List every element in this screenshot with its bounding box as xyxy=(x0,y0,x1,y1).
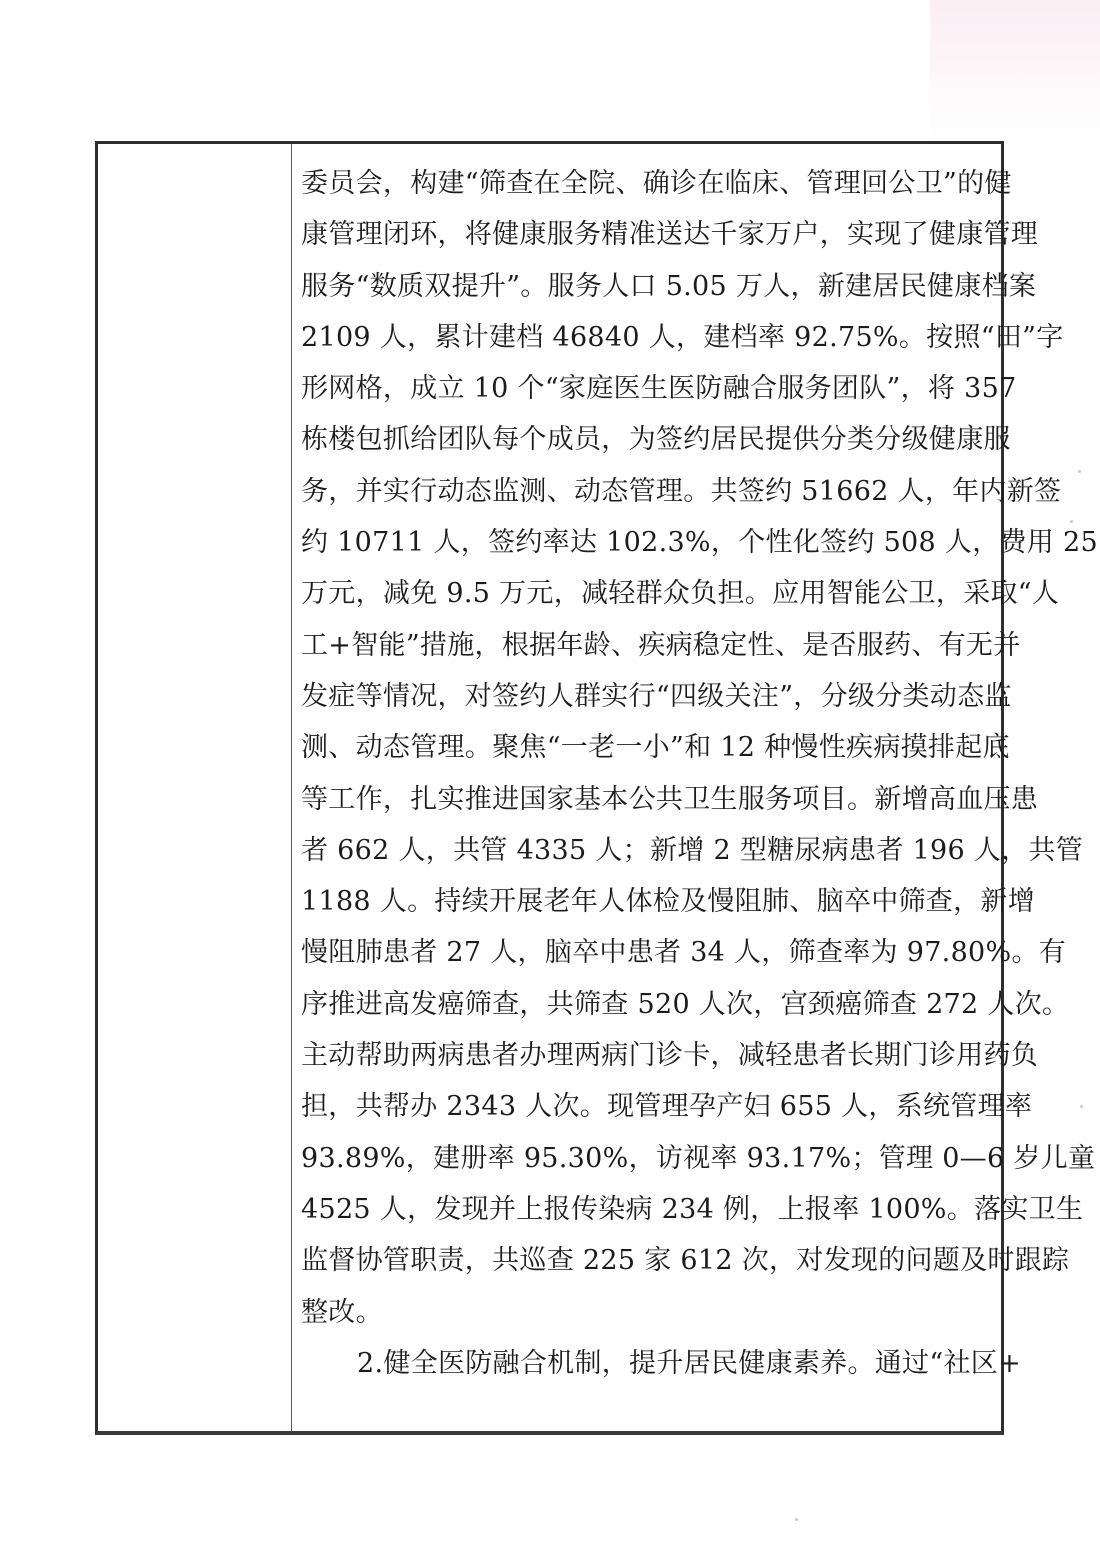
text-line: 等工作，扎实推进国家基本公共卫生服务项目。新增高血压患 xyxy=(301,774,993,825)
text-line: 测、动态管理。聚焦“一老一小”和 12 种慢性疾病摸排起底 xyxy=(301,722,993,773)
text-line: 康管理闭环，将健康服务精准送达千家万户，实现了健康管理 xyxy=(301,209,993,260)
text-line: 主动帮助两病患者办理两病门诊卡，减轻患者长期门诊用药负 xyxy=(301,1030,993,1081)
text-line: 万元，减免 9.5 万元，减轻群众负担。应用智能公卫，采取“人 xyxy=(301,568,993,619)
paper-speck xyxy=(1070,520,1073,523)
text-line: 服务“数质双提升”。服务人口 5.05 万人，新建居民健康档案 xyxy=(301,261,993,312)
text-line: 2109 人，累计建档 46840 人，建档率 92.75%。按照“田”字 xyxy=(301,312,993,363)
text-line: 4525 人，发现并上报传染病 234 例，上报率 100%。落实卫生 xyxy=(301,1184,993,1235)
table-right-cell: 委员会，构建“筛查在全院、确诊在临床、管理回公卫”的健 康管理闭环，将健康服务精… xyxy=(293,144,1001,1431)
page-tint xyxy=(930,0,1100,140)
document-table: 委员会，构建“筛查在全院、确诊在临床、管理回公卫”的健 康管理闭环，将健康服务精… xyxy=(95,141,1004,1435)
text-line: 者 662 人，共管 4335 人；新增 2 型糖尿病患者 196 人，共管 xyxy=(301,825,993,876)
text-line: 慢阻肺患者 27 人，脑卒中患者 34 人，筛查率为 97.80%。有 xyxy=(301,927,993,978)
text-line: 委员会，构建“筛查在全院、确诊在临床、管理回公卫”的健 xyxy=(301,158,993,209)
text-line: 担，共帮办 2343 人次。现管理孕产妇 655 人，系统管理率 xyxy=(301,1081,993,1132)
text-line: 工+智能”措施，根据年龄、疾病稳定性、是否服药、有无并 xyxy=(301,620,993,671)
body-text: 委员会，构建“筛查在全院、确诊在临床、管理回公卫”的健 康管理闭环，将健康服务精… xyxy=(301,158,993,1389)
text-line: 序推进高发癌筛查，共筛查 520 人次，宫颈癌筛查 272 人次。 xyxy=(301,979,993,1030)
table-left-cell xyxy=(98,144,292,1431)
text-line: 形网格，成立 10 个“家庭医生医防融合服务团队”，将 357 xyxy=(301,363,993,414)
paper-speck xyxy=(1080,1105,1083,1108)
paper-speck xyxy=(795,1518,798,1521)
paper-speck xyxy=(1078,1165,1081,1168)
text-line: 93.89%，建册率 95.30%，访视率 93.17%；管理 0—6 岁儿童 xyxy=(301,1133,993,1184)
text-line: 监督协管职责，共巡查 225 家 612 次，对发现的问题及时跟踪 xyxy=(301,1235,993,1286)
text-line: 整改。 xyxy=(301,1287,993,1338)
text-line: 栋楼包抓给团队每个成员，为签约居民提供分类分级健康服 xyxy=(301,414,993,465)
section-heading-line: 2.健全医防融合机制，提升居民健康素养。通过“社区+ xyxy=(301,1338,993,1389)
text-line: 约 10711 人，签约率达 102.3%，个性化签约 508 人，费用 25 xyxy=(301,517,993,568)
paper-speck xyxy=(1078,470,1081,473)
text-line: 发症等情况，对签约人群实行“四级关注”，分级分类动态监 xyxy=(301,671,993,722)
text-line: 1188 人。持续开展老年人体检及慢阻肺、脑卒中筛查，新增 xyxy=(301,876,993,927)
text-line: 务，并实行动态监测、动态管理。共签约 51662 人，年内新签 xyxy=(301,466,993,517)
